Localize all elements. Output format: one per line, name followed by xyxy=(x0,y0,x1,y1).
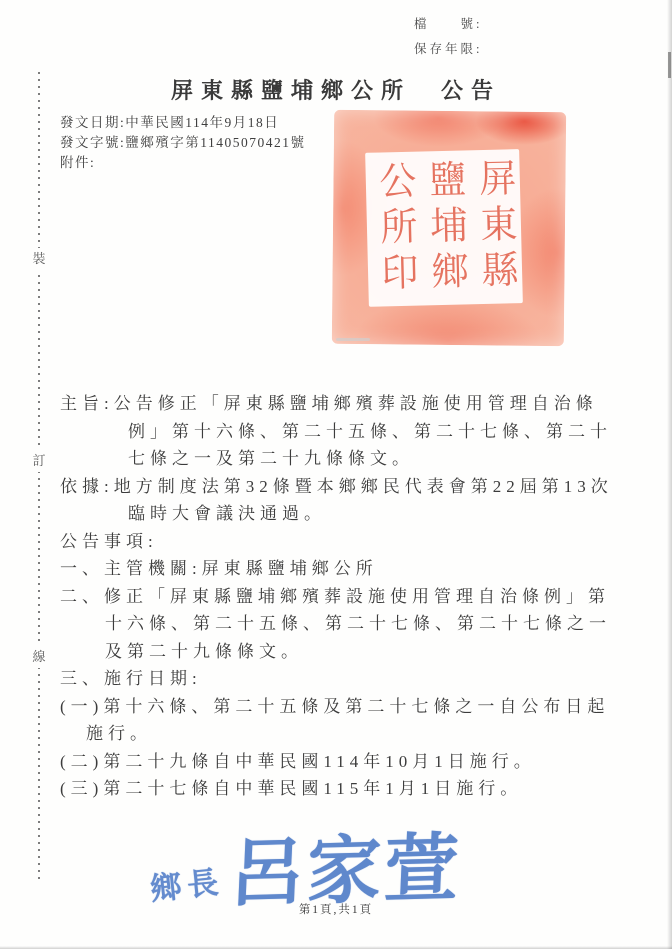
official-seal: 屏東縣 鹽埔鄉 公所印 xyxy=(332,110,566,346)
file-number-label: 檔 號: xyxy=(414,12,482,37)
page-footer: 第1頁,共1頁 xyxy=(0,901,672,917)
subject-paragraph: 主旨:公告修正「屏東縣鹽埔鄉殯葬設施使用管理自治條例」第十六條、第二十五條、第二… xyxy=(60,390,614,473)
seal-text-column-middle: 鹽埔鄉 xyxy=(418,151,470,304)
sub-list-item: (三)第二十七條自中華民國115年1月1日施行。 xyxy=(60,775,614,803)
binding-label-xian: 線 xyxy=(31,646,47,668)
announcement-body: 主旨:公告修正「屏東縣鹽埔鄉殯葬設施使用管理自治條例」第十六條、第二十五條、第二… xyxy=(60,390,614,803)
list-item: 二、修正「屏東縣鹽埔鄉殯葬設施使用管理自治條例」第十六條、第二十五條、第二十七條… xyxy=(60,583,614,666)
basis-text: 地方制度法第32條暨本鄉鄉民代表會第22屆第13次臨時大會議決通過。 xyxy=(114,477,613,524)
item-number: 三、 xyxy=(60,669,104,688)
attachment-row: 附件: xyxy=(60,153,306,173)
sub-list-item: (一)第十六條、第二十五條及第二十七條之一自公布日起施行。 xyxy=(60,693,614,748)
issue-date-value: 中華民國114年9月18日 xyxy=(125,115,279,130)
list-item: 三、施行日期: xyxy=(60,665,614,693)
binding-label-ding: 訂 xyxy=(31,450,47,472)
scan-edge-right xyxy=(667,0,672,949)
retention-period-label: 保存年限: xyxy=(414,37,482,62)
sub-item-number: (一) xyxy=(60,697,103,716)
basis-paragraph: 依據:地方制度法第32條暨本鄉鄉民代表會第22屆第13次臨時大會議決通過。 xyxy=(60,473,614,528)
item-text: 主管機關:屏東縣鹽埔鄉公所 xyxy=(104,559,378,578)
basis-label: 依據: xyxy=(60,477,114,496)
scan-edge-notch xyxy=(668,52,671,78)
attachment-label: 附件: xyxy=(60,155,95,170)
list-item: 一、主管機關:屏東縣鹽埔鄉公所 xyxy=(60,555,614,583)
sub-item-number: (三) xyxy=(60,779,103,798)
seal-smudge-mark xyxy=(336,338,370,341)
sub-item-text: 第二十九條自中華民國114年10月1日施行。 xyxy=(103,752,535,771)
seal-text-column-right: 屏東縣 xyxy=(468,150,520,303)
document-page: 裝 訂 線 檔 號: 保存年限: 屏東縣鹽埔鄉公所 公告 發文日期:中華民國11… xyxy=(0,0,672,949)
document-meta: 發文日期:中華民國114年9月18日 發文字號:鹽鄉殯字第11405070421… xyxy=(60,113,306,173)
archive-fields: 檔 號: 保存年限: xyxy=(414,12,482,62)
subject-label: 主旨: xyxy=(60,394,114,413)
item-number: 一、 xyxy=(60,559,104,578)
doc-number-row: 發文字號:鹽鄉殯字第11405070421號 xyxy=(60,133,306,153)
sub-item-number: (二) xyxy=(60,752,103,771)
seal-text-column-left: 公所印 xyxy=(368,153,420,306)
page-title: 屏東縣鹽埔鄉公所 公告 xyxy=(0,74,672,105)
official-seal-inner: 屏東縣 鹽埔鄉 公所印 xyxy=(365,149,523,307)
binding-margin: 裝 訂 線 xyxy=(31,72,47,884)
subject-text: 公告修正「屏東縣鹽埔鄉殯葬設施使用管理自治條例」第十六條、第二十五條、第二十七條… xyxy=(114,394,612,468)
doc-number-value: 鹽鄉殯字第11405070421號 xyxy=(125,135,305,150)
binding-dotted-line xyxy=(38,72,40,884)
item-text: 施行日期: xyxy=(104,669,202,688)
issue-date-label: 發文日期: xyxy=(60,115,125,130)
item-text: 修正「屏東縣鹽埔鄉殯葬設施使用管理自治條例」第十六條、第二十五條、第二十七條、第… xyxy=(104,587,611,661)
binding-label-zhuang: 裝 xyxy=(31,248,47,270)
sub-item-text: 第十六條、第二十五條及第二十七條之一自公布日起施行。 xyxy=(86,697,609,744)
item-number: 二、 xyxy=(60,587,104,606)
issue-date-row: 發文日期:中華民國114年9月18日 xyxy=(60,113,306,133)
doc-number-label: 發文字號: xyxy=(60,135,125,150)
sub-item-text: 第二十七條自中華民國115年1月1日施行。 xyxy=(103,779,522,798)
sub-list-item: (二)第二十九條自中華民國114年10月1日施行。 xyxy=(60,748,614,776)
items-heading: 公告事項: xyxy=(60,528,614,556)
